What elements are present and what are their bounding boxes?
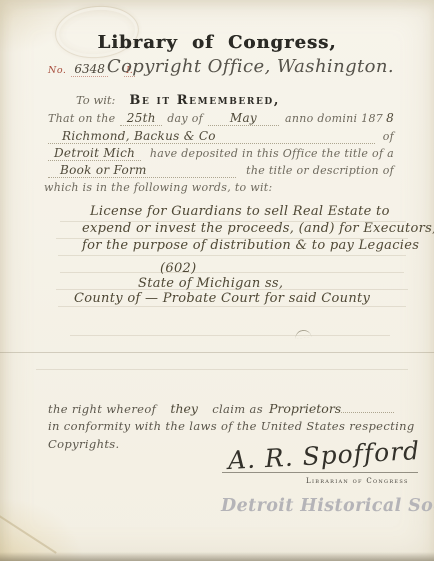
printed-text: That on the	[48, 112, 115, 125]
signature-rule	[222, 472, 418, 473]
form-line-date: That on the 25th day of May anno domini …	[48, 111, 394, 126]
handwritten-entry-number: (602)	[160, 261, 196, 276]
closing-line-conformity: in conformity with the laws of the Unite…	[48, 419, 394, 433]
handwritten-proprietors: Proprietors	[269, 401, 341, 416]
printed-text: anno domini 187	[285, 112, 383, 125]
handwritten-residence: Detroit Mich	[48, 146, 141, 161]
closing-line-claim: the right whereof they claim as Propriet…	[48, 401, 394, 416]
watermark: Detroit Historical Society	[221, 496, 434, 516]
form-line-following-words: which is in the following words, to wit:	[44, 181, 394, 194]
page-title: Library of Congress,	[0, 32, 434, 53]
page-bottom-edge	[0, 552, 434, 561]
handwritten-state-line: State of Michigan ss,	[138, 276, 283, 291]
printed-text: the right whereof	[48, 402, 156, 416]
signature-title: Librarian of Congress	[306, 477, 409, 485]
ruled-line	[58, 255, 406, 256]
printed-text: have deposited in this Office the title …	[150, 147, 394, 160]
handwritten-title-line: expend or invest the proceeds, (and) for…	[82, 221, 434, 236]
stray-ink-mark	[295, 329, 312, 339]
handwritten-claimant: Richmond, Backus & Co	[48, 129, 375, 144]
blank-underline	[341, 412, 394, 413]
preamble: To wit: Be it Remembered,	[76, 93, 280, 108]
printed-text: day of	[167, 112, 203, 125]
handwritten-title-line: License for Guardians to sell Real Estat…	[90, 204, 390, 219]
handwritten-work-kind: Book or Form	[48, 163, 236, 178]
handwritten-title-line: for the purpose of distribution & to pay…	[82, 238, 419, 253]
ruled-line	[58, 306, 406, 307]
corner-crease	[0, 514, 57, 554]
handwritten-month: May	[208, 111, 279, 126]
form-line-work-kind: Book or Form the title or description of	[48, 163, 394, 178]
number-value: 6348	[71, 62, 108, 77]
to-wit-label: To wit:	[76, 93, 115, 107]
handwritten-year: 8	[386, 111, 394, 125]
printed-text: of	[383, 130, 394, 143]
be-it-remembered: Be it Remembered,	[129, 93, 280, 108]
ruled-line	[36, 369, 408, 370]
fold-crease	[0, 352, 434, 353]
number-label: No.	[48, 65, 66, 76]
printed-text: which is in the following words, to wit:	[44, 181, 273, 194]
form-line-residence: Detroit Mich have deposited in this Offi…	[48, 146, 394, 161]
document-page: Library of Congress, No. 6348 I. Copyrig…	[0, 0, 434, 561]
ruled-line	[70, 335, 390, 336]
office-subtitle: Copyright Office, Washington.	[107, 56, 394, 77]
printed-text: Copyrights.	[48, 437, 120, 451]
printed-text: claim as	[212, 402, 263, 416]
form-line-claimant: Richmond, Backus & Co of	[48, 129, 394, 144]
handwritten-county-line: County of — Probate Court for said Count…	[74, 291, 370, 306]
handwritten-day: 25th	[120, 111, 162, 126]
printed-text: the title or description of	[246, 164, 394, 177]
ruled-line	[60, 272, 404, 273]
printed-text: in conformity with the laws of the Unite…	[48, 419, 415, 433]
handwritten-they: they	[162, 401, 206, 416]
